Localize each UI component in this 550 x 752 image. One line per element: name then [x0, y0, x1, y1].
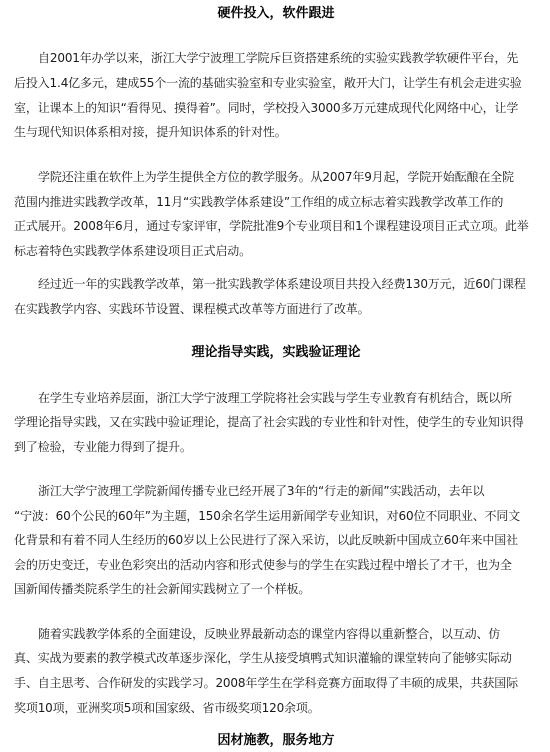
paragraph-line: 自2001年办学以来，浙江大学宁波理工学院斥巨资搭建系统的实验实践教学软硬件平台… — [38, 50, 518, 66]
paragraph-line: 到了检验，专业能力得到了提升。 — [14, 439, 192, 455]
paragraph-line: 手、自主思考、合作研发的实践学习。2008年学生在学科竞赛方面取得了丰硕的成果，… — [14, 675, 518, 691]
paragraph-line: 经过近一年的实践教学改革，第一批实践教学体系建设项目共投入经费130万元，近60… — [38, 276, 526, 292]
paragraph-line: 正式展开。2008年6月，通过专家评审，学院批准9个专业项目和1个课程建设项目正… — [14, 218, 529, 234]
paragraph-line: 在学生专业培养层面，浙江大学宁波理工学院将社会实践与学生专业教育有机结合，既以所 — [38, 390, 512, 406]
paragraph-line: 后投入1.4亿多元，建成55个一流的基础实验室和专业实验室，敞开大门，让学生有机… — [14, 75, 522, 91]
paragraph-line: 随着实践教学体系的全面建设，反映业界最新动态的课堂内容得以重新整合，以互动、仿 — [38, 626, 500, 642]
paragraph-line: 化背景和有着不同人生经历的60岁以上公民进行了深入采访，以此反映新中国成立60年… — [14, 532, 518, 548]
paragraph-line: 奖项10项，亚洲奖项5项和国家级、省市级奖项120余项。 — [14, 700, 320, 716]
section-heading: 因材施教，服务地方 — [14, 733, 538, 749]
paragraph-line: 生与现代知识体系相对接，提升知识体系的针对性。 — [14, 124, 287, 140]
paragraph-line: 会的历史变迁，专业色彩突出的活动内容和形式使参与的学生在实践过程中增长了才干，也… — [14, 557, 512, 573]
paragraph-line: 真、实战为要素的教学模式改革逐步深化，学生从接受填鸭式知识灌输的课堂转向了能够实… — [14, 650, 512, 666]
paragraph-line: 学院还注重在软件上为学生提供全方位的教学服务。从2007年9月起，学院开始酝酿在… — [38, 169, 514, 185]
paragraph-line: 室，让课本上的知识“看得见、摸得着”。同时，学校投入3000多万元建成现代化网络… — [14, 100, 518, 116]
paragraph-line: 范围内推进实践教学改革，11月“实践教学体系建设”工作组的成立标志着实践教学改革… — [14, 194, 503, 210]
section-heading: 理论指导实践，实践验证理论 — [14, 345, 538, 361]
section-heading: 硬件投入，软件跟进 — [14, 6, 538, 22]
paragraph-line: 在实践教学内容、实践环节设置、课程模式改革等方面进行了改革。 — [14, 301, 370, 317]
paragraph-line: 标志着特色实践教学体系建设项目正式启动。 — [14, 243, 251, 259]
paragraph-line: 浙江大学宁波理工学院新闻传播专业已经开展了3年的“行走的新闻”实践活动，去年以 — [38, 483, 484, 499]
paragraph-line: “宁波：60个公民的60年”为主题，150余名学生运用新闻学专业知识，对60位不… — [14, 508, 520, 524]
paragraph-line: 国新闻传播类院系学生的社会新闻实践树立了一个样板。 — [14, 581, 310, 597]
paragraph-line: 学理论指导实践，又在实践中验证理论，提高了社会实践的专业性和针对性，使学生的专业… — [14, 414, 524, 430]
